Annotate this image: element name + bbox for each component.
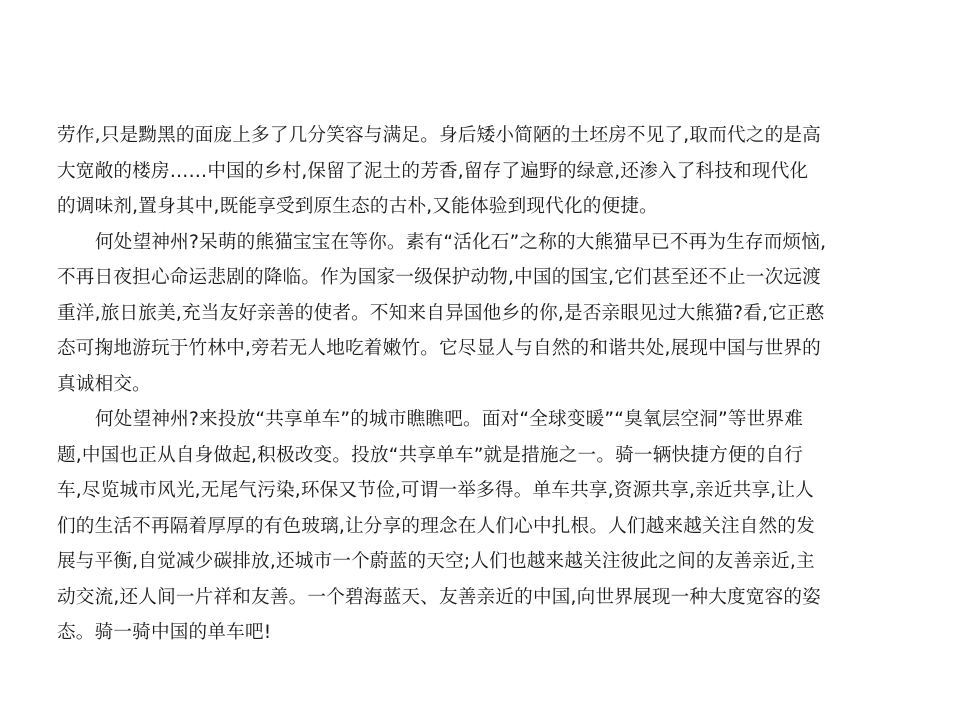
text-line: 真诚相交。 <box>57 370 937 406</box>
text-line: 们的生活不再隔着厚厚的有色玻璃,让分享的理念在人们心中扎根。人们越来越关注自然的… <box>57 512 937 548</box>
text-line: 不再日夜担心命运悲剧的降临。作为国家一级保护动物,中国的国宝,它们甚至还不止一次… <box>57 263 937 299</box>
essay-text-block: 劳作,只是黝黑的面庞上多了几分笑容与满足。身后矮小简陋的土坯房不见了,取而代之的… <box>57 121 937 654</box>
paragraph-start-panda: 何处望神州?呆萌的熊猫宝宝在等你。素有“活化石”之称的大熊猫早已不再为生存而烦恼… <box>57 228 937 264</box>
text-line: 态可掬地游玩于竹林中,旁若无人地吃着嫩竹。它尽显人与自然的和谐共处,展现中国与世… <box>57 334 937 370</box>
text-line: 展与平衡,自觉减少碳排放,还城市一个蔚蓝的天空;人们也越来越关注彼此之间的友善亲… <box>57 547 937 583</box>
text-line: 重洋,旅日旅美,充当友好亲善的使者。不知来自异国他乡的你,是否亲眼见过大熊猫?看… <box>57 299 937 335</box>
text-line: 题,中国也正从自身做起,积极改变。投放“共享单车”就是措施之一。骑一辆快捷方便的… <box>57 441 937 477</box>
document-page: 劳作,只是黝黑的面庞上多了几分笑容与满足。身后矮小简陋的土坯房不见了,取而代之的… <box>0 0 960 720</box>
text-line: 的调味剂,置身其中,既能享受到原生态的古朴,又能体验到现代化的便捷。 <box>57 192 937 228</box>
text-line: 大宽敞的楼房……中国的乡村,保留了泥土的芳香,留存了遍野的绿意,还渗入了科技和现… <box>57 157 937 193</box>
paragraph-start-bike-sharing: 何处望神州?来投放“共享单车”的城市瞧瞧吧。面对“全球变暖”“臭氧层空洞”等世界… <box>57 405 937 441</box>
text-line: 劳作,只是黝黑的面庞上多了几分笑容与满足。身后矮小简陋的土坯房不见了,取而代之的… <box>57 121 937 157</box>
text-line: 动交流,还人间一片祥和友善。一个碧海蓝天、友善亲近的中国,向世界展现一种大度宽容… <box>57 583 937 619</box>
text-line: 车,尽览城市风光,无尾气污染,环保又节俭,可谓一举多得。单车共享,资源共享,亲近… <box>57 476 937 512</box>
text-line: 态。骑一骑中国的单车吧! <box>57 618 937 654</box>
